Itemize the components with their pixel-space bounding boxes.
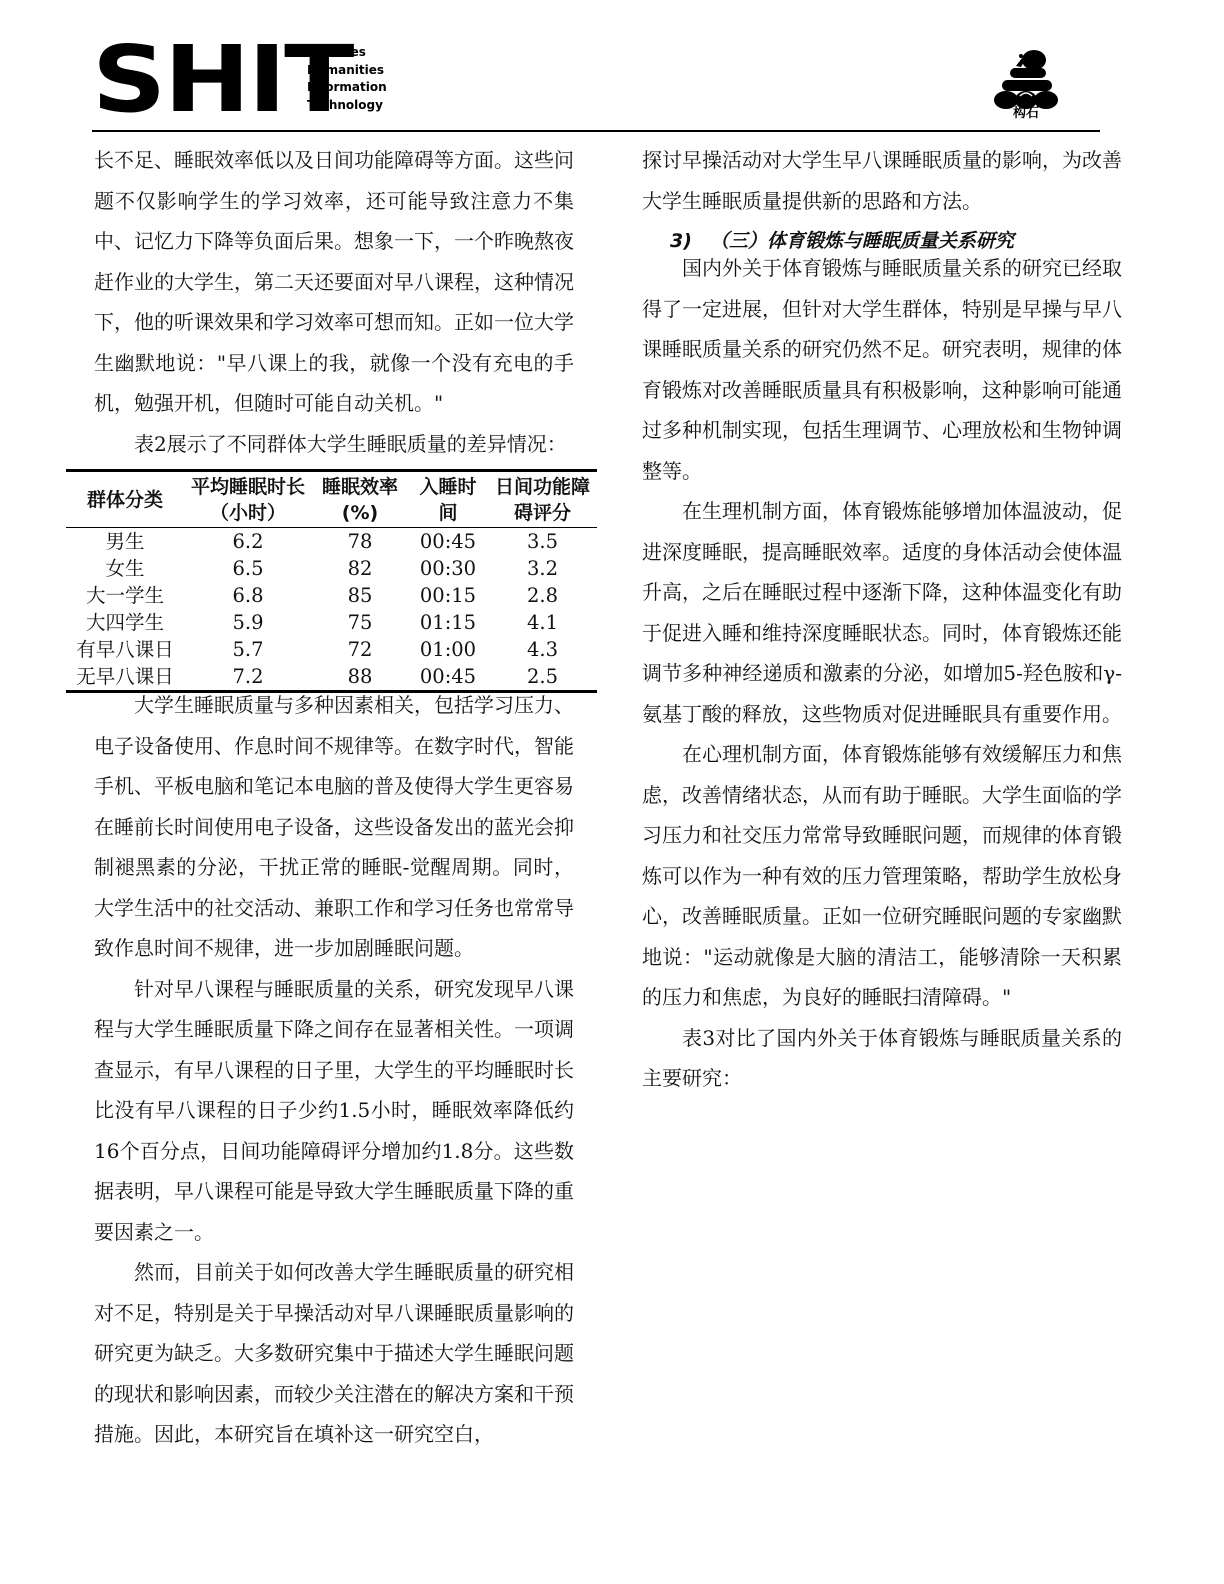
column-header: 睡眠效率(%): [312, 471, 408, 528]
paragraph: 表3对比了国内外关于体育锻炼与睡眠质量关系的主要研究：: [642, 1018, 1122, 1099]
table-row: 女生 6.5 82 00:30 3.2: [66, 555, 597, 582]
cell-dysfunction: 4.3: [488, 636, 597, 663]
cell-group: 男生: [66, 528, 184, 556]
cell-dysfunction: 3.2: [488, 555, 597, 582]
logo-word: Information: [307, 79, 387, 97]
column-header: 群体分类: [66, 471, 184, 528]
cell-bedtime: 00:15: [408, 582, 488, 609]
cell-efficiency: 75: [312, 609, 408, 636]
paragraph: 在心理机制方面，体育锻炼能够有效缓解压力和焦虑，改善情绪状态，从而有助于睡眠。大…: [642, 734, 1122, 1018]
right-column: 探讨早操活动对大学生早八课睡眠质量的影响，为改善大学生睡眠质量提供新的思路和方法…: [642, 140, 1122, 1099]
left-column-continued: 大学生睡眠质量与多种因素相关，包括学习压力、电子设备使用、作息时间不规律等。在数…: [94, 685, 574, 1455]
table-row: 大四学生 5.9 75 01:15 4.1: [66, 609, 597, 636]
table-2-sleep-quality: 群体分类 平均睡眠时长（小时） 睡眠效率(%) 入睡时间 日间功能障碍评分 男生…: [66, 469, 597, 693]
cell-efficiency: 85: [312, 582, 408, 609]
paragraph: 探讨早操活动对大学生早八课睡眠质量的影响，为改善大学生睡眠质量提供新的思路和方法…: [642, 140, 1122, 221]
table-row: 有早八课日 5.7 72 01:00 4.3: [66, 636, 597, 663]
paragraph: 针对早八课程与睡眠质量的关系，研究发现早八课程与大学生睡眠质量下降之间存在显著相…: [94, 969, 574, 1253]
cell-dysfunction: 3.5: [488, 528, 597, 556]
cell-group: 大四学生: [66, 609, 184, 636]
table-intro: 表2展示了不同群体大学生睡眠质量的差异情况：: [94, 424, 574, 465]
cell-group: 大一学生: [66, 582, 184, 609]
cell-dysfunction: 2.8: [488, 582, 597, 609]
table-row: 大一学生 6.8 85 00:15 2.8: [66, 582, 597, 609]
cell-bedtime: 01:15: [408, 609, 488, 636]
page-header: SHIT Sciences Humanities Information Tec…: [0, 0, 1224, 135]
cell-bedtime: 01:00: [408, 636, 488, 663]
column-header: 日间功能障碍评分: [488, 471, 597, 528]
cell-sleep-hours: 6.8: [184, 582, 312, 609]
paragraph: 长不足、睡眠效率低以及日间功能障碍等方面。这些问题不仅影响学生的学习效率，还可能…: [94, 140, 574, 424]
paragraph: 然而，目前关于如何改善大学生睡眠质量的研究相对不足，特别是关于早操活动对早八课睡…: [94, 1252, 574, 1455]
logo-word: Technology: [307, 97, 387, 115]
cell-dysfunction: 4.1: [488, 609, 597, 636]
paragraph: 在生理机制方面，体育锻炼能够增加体温波动，促进深度睡眠，提高睡眠效率。适度的身体…: [642, 491, 1122, 734]
cell-bedtime: 00:45: [408, 528, 488, 556]
cell-sleep-hours: 6.5: [184, 555, 312, 582]
cell-sleep-hours: 5.9: [184, 609, 312, 636]
logo-word: Humanities: [307, 62, 387, 80]
column-header: 入睡时间: [408, 471, 488, 528]
cell-sleep-hours: 5.7: [184, 636, 312, 663]
cell-group: 女生: [66, 555, 184, 582]
cell-efficiency: 82: [312, 555, 408, 582]
paragraph: 国内外关于体育锻炼与睡眠质量关系的研究已经取得了一定进展，但针对大学生群体，特别…: [642, 248, 1122, 491]
logo-word: Sciences: [307, 44, 387, 62]
table-header-row: 群体分类 平均睡眠时长（小时） 睡眠效率(%) 入睡时间 日间功能障碍评分: [66, 471, 597, 528]
cell-bedtime: 00:30: [408, 555, 488, 582]
column-header: 平均睡眠时长（小时）: [184, 471, 312, 528]
cell-efficiency: 72: [312, 636, 408, 663]
left-column: 长不足、睡眠效率低以及日间功能障碍等方面。这些问题不仅影响学生的学习效率，还可能…: [94, 140, 574, 464]
cell-sleep-hours: 6.2: [184, 528, 312, 556]
cell-group: 有早八课日: [66, 636, 184, 663]
logo-subtitle: Sciences Humanities Information Technolo…: [307, 44, 387, 114]
table-row: 男生 6.2 78 00:45 3.5: [66, 528, 597, 556]
paragraph: 大学生睡眠质量与多种因素相关，包括学习压力、电子设备使用、作息时间不规律等。在数…: [94, 685, 574, 969]
cell-efficiency: 78: [312, 528, 408, 556]
emblem-label: 构石: [990, 102, 1062, 121]
header-rule: [92, 130, 1100, 132]
